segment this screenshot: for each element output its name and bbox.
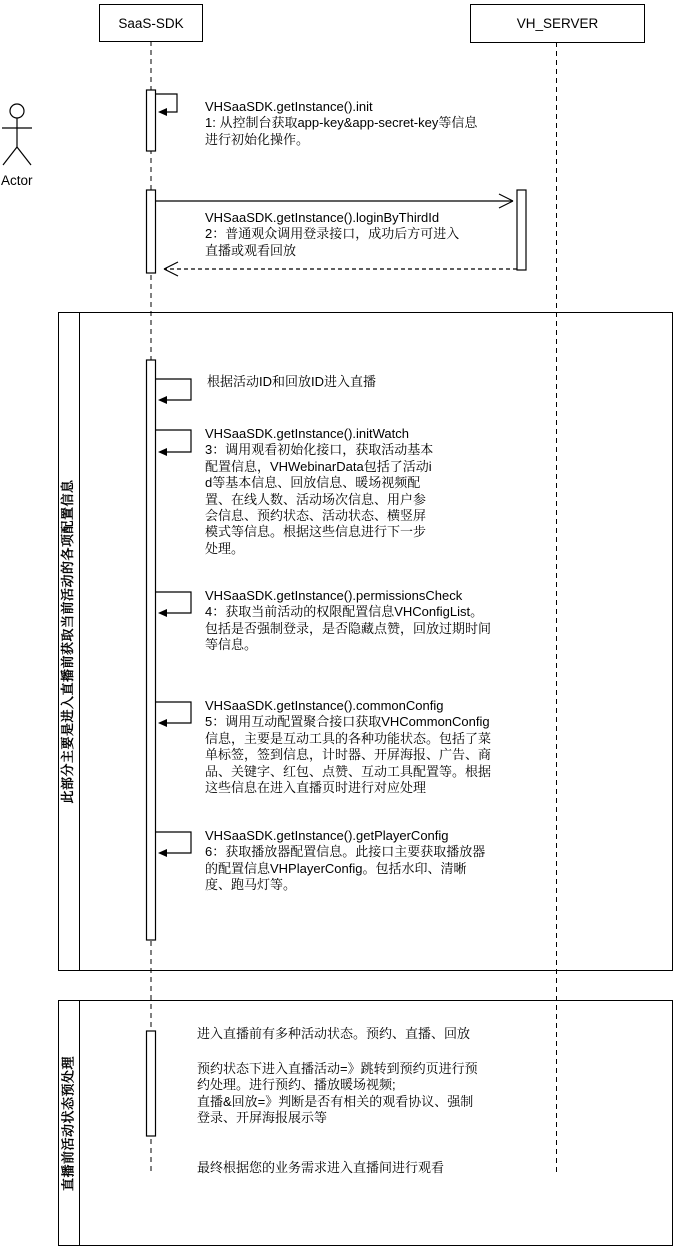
arrow-init-self (156, 94, 177, 116)
activation-sdk-init (147, 90, 156, 151)
message-init: VHSaaSDK.getInstance().init 1: 从控制台获取app… (205, 99, 477, 148)
arrow-login-request (156, 194, 513, 208)
message-login: VHSaaSDK.getInstance().loginByThirdId 2：… (205, 210, 459, 259)
message-init-watch: VHSaaSDK.getInstance().initWatch 3：调用观看初… (205, 426, 433, 557)
message-permissions-check: VHSaaSDK.getInstance().permissionsCheck … (205, 588, 491, 654)
participant-server-label: VH_SERVER (517, 16, 599, 31)
frame-config-divider (79, 312, 81, 971)
note-status-intro: 进入直播前有多种活动状态。预约、直播、回放 (197, 1026, 470, 1042)
participant-sdk: SaaS-SDK (99, 4, 203, 42)
message-get-player-config: VHSaaSDK.getInstance().getPlayerConfig 6… (205, 828, 485, 894)
activation-sdk-login (147, 190, 156, 273)
frame-config-label: 此部分主要是进入直播前获取当前活动的各项配置信息 (57, 312, 78, 971)
note-status-final: 最终根据您的业务需求进入直播间进行观看 (197, 1160, 444, 1176)
message-enter-live: 根据活动ID和回放ID进入直播 (207, 374, 376, 390)
frame-status-divider (79, 1000, 81, 1246)
frame-status-label: 直播前活动状态预处理 (58, 1001, 79, 1247)
message-common-config: VHSaaSDK.getInstance().commonConfig 5：调用… (205, 698, 491, 796)
activation-server-login (517, 190, 526, 270)
participant-server: VH_SERVER (470, 4, 645, 43)
sequence-diagram: SaaS-SDK VH_SERVER Actor 此部分主要是进入直播前获取当前… (0, 0, 676, 1251)
actor-label: Actor (1, 173, 33, 188)
participant-sdk-label: SaaS-SDK (118, 16, 183, 31)
arrow-login-return (164, 262, 517, 276)
note-status-detail: 预约状态下进入直播活动=》跳转到预约页进行预 约处理。进行预约、播放暖场视频; … (197, 1061, 478, 1127)
actor-icon (2, 104, 32, 165)
